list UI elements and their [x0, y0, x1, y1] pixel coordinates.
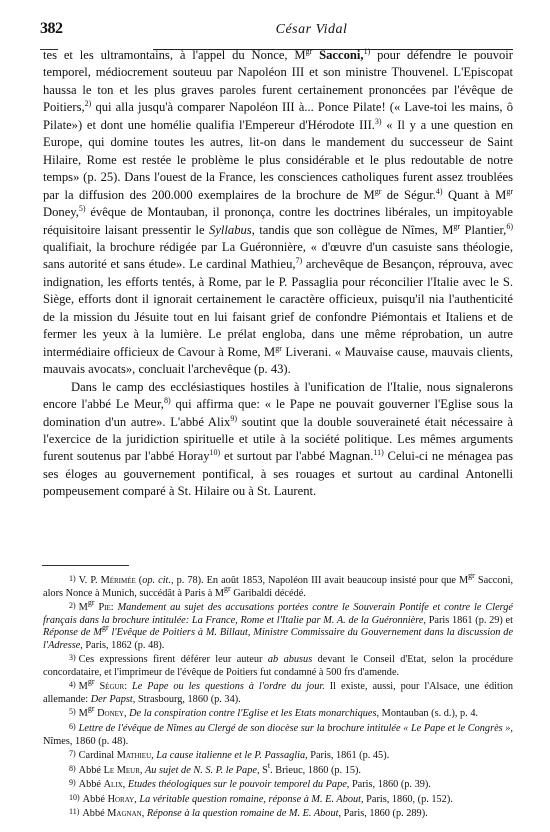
footnote: 6)Lettre de l'évêque de Nîmes au Clergé … — [43, 721, 513, 748]
text-run: M — [79, 602, 88, 613]
footnote: 9)Abbé Alix, Etudes théologiques sur le … — [43, 777, 513, 792]
text-run: , Paris, 1861 (p. 45). — [305, 750, 389, 761]
superscript: 9) — [230, 414, 237, 423]
text-run: , p. 78). En août 1853, Napoléon III ava… — [171, 575, 468, 586]
text-run: Sacconi, — [312, 48, 363, 62]
text-run: , Paris, 1860 (p. 289). — [338, 808, 427, 819]
footnote: 1)V. P. Mérimée (op. cit., p. 78). En ao… — [43, 573, 513, 600]
text-run: , Paris, 1862 (p. 48). — [80, 640, 164, 651]
superscript: gr — [88, 677, 95, 686]
text-run: Magnan — [107, 808, 141, 819]
footnote-separator — [42, 565, 129, 566]
paragraph: tes et les ultramontains, à l'appel du N… — [43, 47, 513, 379]
superscript: 10) — [210, 448, 221, 457]
text-run: Mérimée — [101, 575, 136, 586]
text-run: et surtout par l'abbé Magnan. — [220, 449, 373, 463]
page-header: 382 César Vidal — [40, 20, 513, 44]
book-page: 382 César Vidal tes et les ultramontains… — [0, 0, 550, 832]
text-run: Etudes théologiques sur le pouvoir tempo… — [128, 779, 347, 790]
text-run: Abbé — [82, 808, 107, 819]
text-run: Doney, — [43, 205, 79, 219]
text-run: . Brieuc, 1860 (p. 15). — [270, 765, 361, 776]
text-run: La véritable question romaine, réponse à… — [139, 794, 361, 805]
footnote-marker: 11) — [69, 807, 79, 816]
text-run: M — [79, 708, 88, 719]
footnote-marker: 9) — [69, 778, 76, 787]
footnote: 10)Abbé Horay, La véritable question rom… — [43, 792, 513, 807]
text-run: La cause italienne et le P. Passaglia — [156, 750, 305, 761]
superscript: 5) — [79, 204, 86, 213]
superscript: gr — [224, 584, 231, 593]
text-run: Au sujet de N. S. P. le Pape — [145, 765, 257, 776]
text-run: Der Papst — [91, 694, 133, 705]
running-title: César Vidal — [40, 22, 513, 38]
footnote-marker: 1) — [69, 574, 76, 583]
footnote-marker: 4) — [69, 680, 76, 689]
text-run: Syllabus — [209, 223, 252, 237]
text-run: Le Pape ou les questions à l'ordre du jo… — [132, 681, 325, 692]
text-run: Mathieu — [117, 750, 151, 761]
superscript: gr — [506, 187, 513, 196]
text-run: tes et les ultramontains, à l'appel du N… — [43, 48, 306, 62]
text-run: , Montauban (s. d.), p. 4. — [377, 708, 479, 719]
text-run: Le Meur — [104, 765, 140, 776]
superscript: 6) — [506, 222, 513, 231]
footnote: 7)Cardinal Mathieu, La cause italienne e… — [43, 748, 513, 763]
footnote: 4)Mgr Ségur: Le Pape ou les questions à … — [43, 679, 513, 706]
text-run: , S — [257, 765, 268, 776]
text-run: Réponse de M — [43, 627, 102, 638]
footnotes: 1)V. P. Mérimée (op. cit., p. 78). En ao… — [43, 573, 513, 821]
text-run: Abbé — [79, 765, 104, 776]
superscript: 4) — [436, 187, 443, 196]
footnote-marker: 8) — [69, 764, 76, 773]
text-run: Ségur — [99, 681, 124, 692]
superscript: 3) — [375, 117, 382, 126]
footnote: 11)Abbé Magnan, Réponse à la question ro… — [43, 806, 513, 821]
footnote-marker: 5) — [69, 707, 76, 716]
text-run: ab abusus — [268, 654, 312, 665]
superscript: 11) — [373, 448, 383, 457]
text-run: Réponse à la question romaine de M. E. A… — [147, 808, 339, 819]
superscript: gr — [88, 598, 95, 607]
footnote-marker: 3) — [69, 653, 76, 662]
footnote: 2)Mgr Pie: Mandement au sujet des accusa… — [43, 600, 513, 652]
text-run: Cardinal — [79, 750, 117, 761]
superscript: gr — [275, 344, 282, 353]
text-run: Ces expressions firent déférer leur aute… — [79, 654, 268, 665]
text-run: , Paris, 1860, (p. 152). — [361, 794, 453, 805]
superscript: gr — [468, 571, 475, 580]
text-run: Plantier, — [460, 223, 506, 237]
text-run: Quant à M — [443, 188, 507, 202]
text-run: Pie — [98, 602, 110, 613]
footnote: 8)Abbé Le Meur, Au sujet de N. S. P. le … — [43, 763, 513, 778]
footnote-marker: 6) — [69, 722, 76, 731]
text-run: De la conspiration contre l'Eglise et le… — [129, 708, 376, 719]
superscript: gr — [88, 704, 95, 713]
text-run: M — [79, 681, 88, 692]
text-run: Abbé — [79, 779, 104, 790]
text-run: , Paris, 1860 (p. 39). — [347, 779, 431, 790]
footnote-marker: 10) — [69, 793, 80, 802]
text-run: Alix — [104, 779, 123, 790]
text-run: Abbé — [83, 794, 108, 805]
text-run: Lettre de l'évêque de Nîmes au Clergé de… — [79, 723, 511, 734]
text-run: : — [111, 602, 118, 613]
text-run: Garibaldi décédé. — [231, 588, 306, 599]
footnote-marker: 2) — [69, 601, 76, 610]
footnote: 5)Mgr Doney, De la conspiration contre l… — [43, 706, 513, 721]
text-run: Doney — [97, 708, 124, 719]
text-run: V. P. — [79, 575, 101, 586]
text-run: , tandis que son collègue de Nîmes, M — [252, 223, 454, 237]
text-run: , Paris 1861 (p. 29) et — [423, 615, 513, 626]
text-run: Horay — [108, 794, 135, 805]
footnote-marker: 7) — [69, 749, 76, 758]
text-run: op. cit. — [142, 575, 171, 586]
body-text: tes et les ultramontains, à l'appel du N… — [43, 47, 513, 501]
text-run: de Ségur. — [381, 188, 436, 202]
paragraph: Dans le camp des ecclésiastiques hostile… — [43, 379, 513, 501]
text-run: , Strasbourg, 1860 (p. 34). — [133, 694, 241, 705]
superscript: gr — [102, 623, 109, 632]
footnote: 3)Ces expressions firent déférer leur au… — [43, 652, 513, 679]
superscript: 8) — [164, 396, 171, 405]
text-run: : — [124, 681, 132, 692]
